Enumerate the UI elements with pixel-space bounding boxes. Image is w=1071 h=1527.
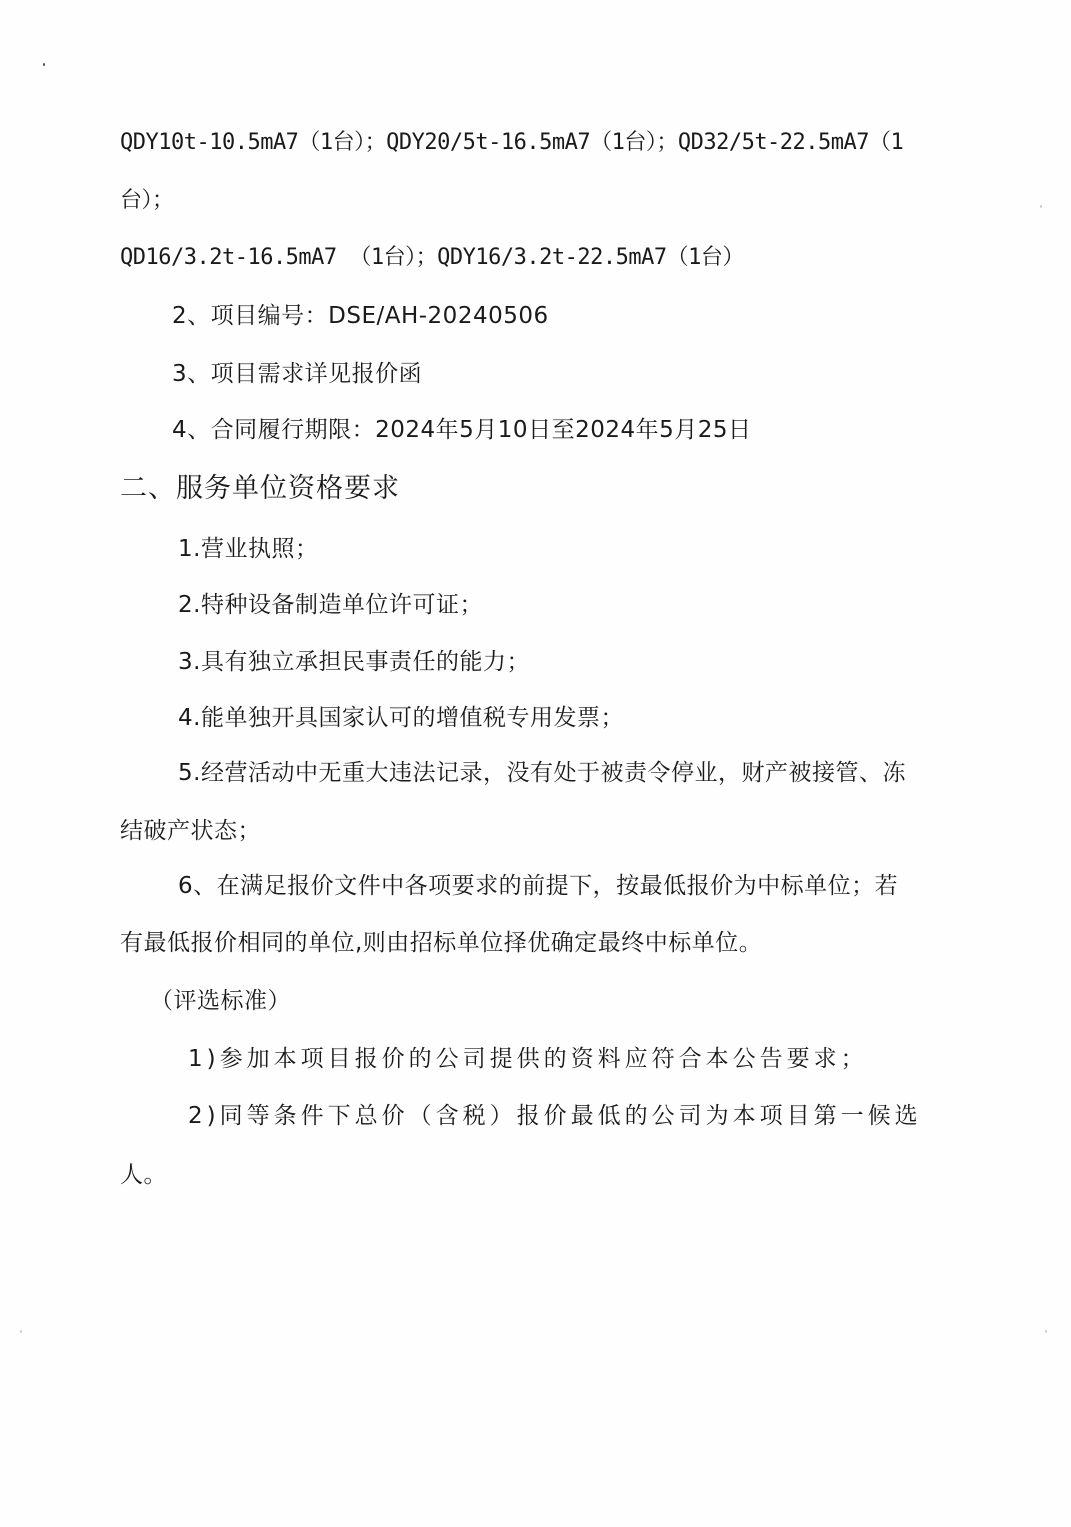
evaluation-criterion: 2)同等条件下总价（含税）报价最低的公司为本项目第一候选 (188, 1101, 922, 1131)
models-line-2: QD16/3.2t-16.5mA7 （1台）；QDY16/3.2t-22.5mA… (120, 243, 744, 273)
item-project-number: 2、项目编号：DSE/AH-20240506 (172, 301, 549, 331)
scan-speck (1040, 205, 1042, 208)
scan-speck (43, 63, 45, 66)
section-heading-qualifications: 二、服务单位资格要求 (120, 474, 400, 504)
evaluation-title: （评选标准） (150, 986, 291, 1016)
evaluation-criterion: 1)参加本项目报价的公司提供的资料应符合本公告要求； (188, 1044, 868, 1074)
scan-speck (20, 1330, 22, 1333)
requirement-item: 2.特种设备制造单位许可证； (178, 590, 483, 620)
models-line-1: QDY10t-10.5mA7（1台）；QDY20/5t-16.5mA7（1台）；… (120, 128, 903, 158)
item-project-requirements: 3、项目需求详见报价函 (172, 359, 422, 389)
requirement-item-wrap: 有最低报价相同的单位,则由招标单位择优确定最终中标单位。 (120, 928, 762, 958)
requirement-item: 1.营业执照； (178, 534, 318, 564)
item-contract-period: 4、合同履行期限：2024年5月10日至2024年5月25日 (172, 415, 752, 445)
document-page: QDY10t-10.5mA7（1台）；QDY20/5t-16.5mA7（1台）；… (0, 0, 1071, 1527)
scan-speck (1045, 1330, 1047, 1333)
requirement-item-wrap: 结破产状态； (120, 816, 261, 846)
requirement-item: 5.经营活动中无重大违法记录，没有处于被责令停业，财产被接管、冻 (178, 758, 906, 788)
models-line-1-wrap: 台）； (120, 186, 174, 216)
requirement-item: 6、在满足报价文件中各项要求的前提下，按最低报价为中标单位；若 (178, 871, 898, 901)
evaluation-criterion-wrap: 人。 (120, 1160, 167, 1190)
requirement-item: 4.能单独开具国家认可的增值税专用发票； (178, 703, 624, 733)
requirement-item: 3.具有独立承担民事责任的能力； (178, 647, 530, 677)
